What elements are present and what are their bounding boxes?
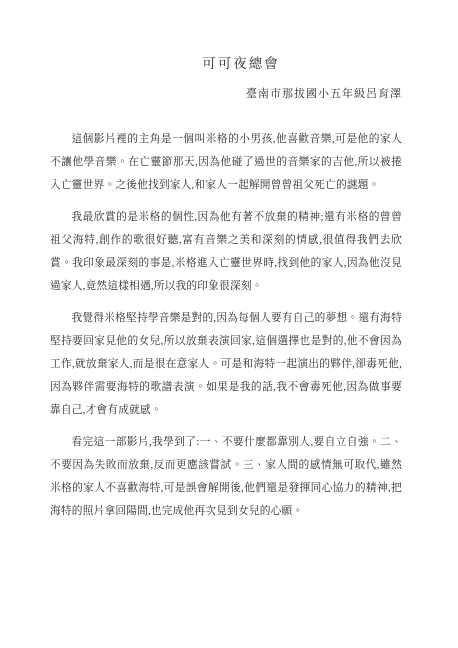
essay-paragraph: 我覺得米格堅持學音樂是對的,因為每個人要有自己的夢想。還有海特堅持要回家見他的女… [50, 307, 402, 422]
essay-body: 這個影片裡的主角是一個叫米格的小男孩,他喜歡音樂,可是他的家人不讓他學音樂。在亡… [50, 128, 402, 523]
essay-title: 可可夜總會 [50, 54, 402, 74]
essay-paragraph: 這個影片裡的主角是一個叫米格的小男孩,他喜歡音樂,可是他的家人不讓他學音樂。在亡… [50, 128, 402, 197]
essay-paragraph: 看完這一部影片,我學到了:一、不要什麼都靠別人,要自立自強。二、不要因為失敗而放… [50, 431, 402, 523]
essay-paragraph: 我最欣賞的是米格的個性,因為他有著不放棄的精神;還有米格的曾曾祖父海特,創作的歌… [50, 206, 402, 298]
essay-byline: 臺南市那拔國小五年級呂育澤 [50, 86, 402, 102]
document-page: 可可夜總會 臺南市那拔國小五年級呂育澤 這個影片裡的主角是一個叫米格的小男孩,他… [0, 0, 458, 648]
